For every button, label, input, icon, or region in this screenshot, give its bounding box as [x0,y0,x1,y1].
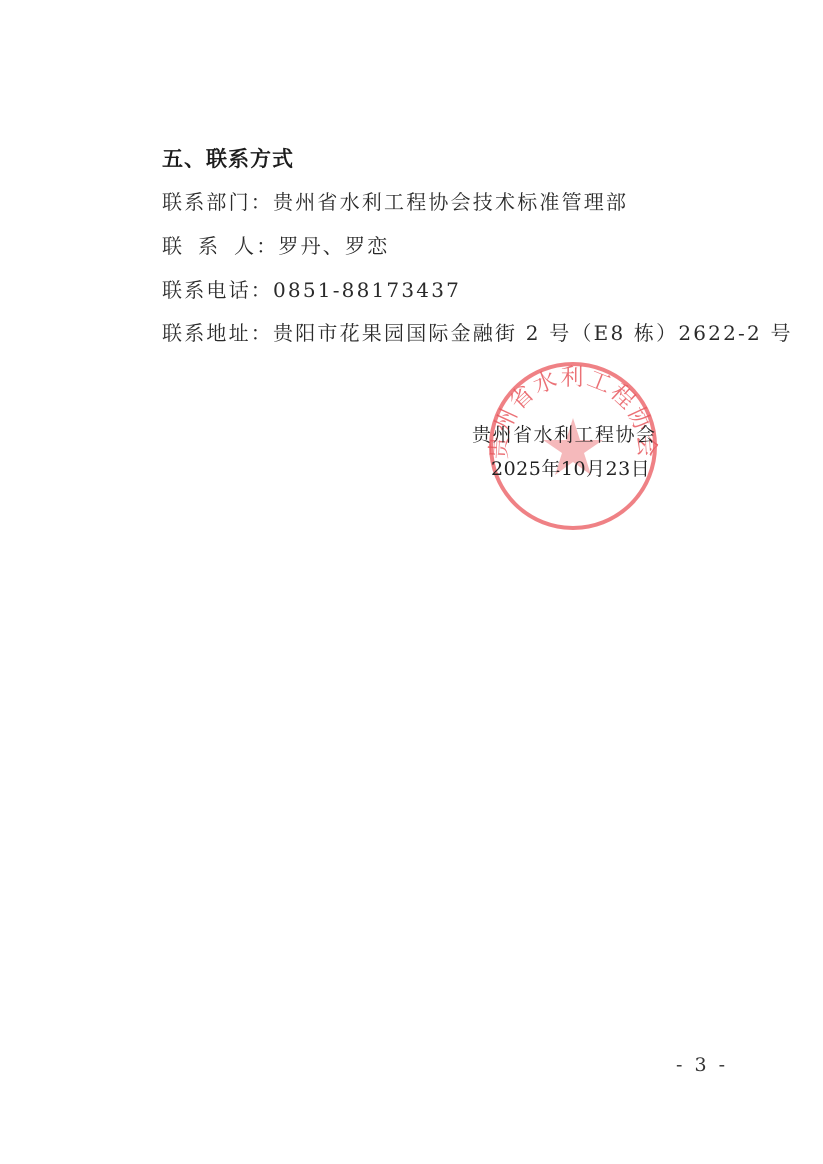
phone-label: 联系电话： [162,278,273,302]
department-value: 贵州省水利工程协会技术标准管理部 [273,190,628,214]
phone-value: 0851-88173437 [273,278,461,302]
person-label-char: 系 [198,230,234,259]
contact-person: 联系人：罗丹、罗恋 [162,230,389,259]
signature-organization: 贵州省水利工程协会 [472,420,657,447]
person-value: 罗丹、罗恋 [278,234,389,258]
contact-department: 联系部门：贵州省水利工程协会技术标准管理部 [162,186,628,215]
person-label-char: 人： [234,234,278,258]
person-label-char: 联 [162,230,198,259]
signature-date: 2025年10月23日 [491,454,650,481]
contact-address: 联系地址：贵阳市花果园国际金融街 2 号（E8 栋）2622-2 号 [162,317,793,346]
address-label: 联系地址： [162,321,273,345]
address-value: 贵阳市花果园国际金融街 2 号（E8 栋）2622-2 号 [273,321,793,345]
page-number: - 3 - [676,1054,728,1076]
section-heading: 五、联系方式 [162,143,294,173]
contact-phone: 联系电话：0851-88173437 [162,274,461,303]
department-label: 联系部门： [162,190,273,214]
